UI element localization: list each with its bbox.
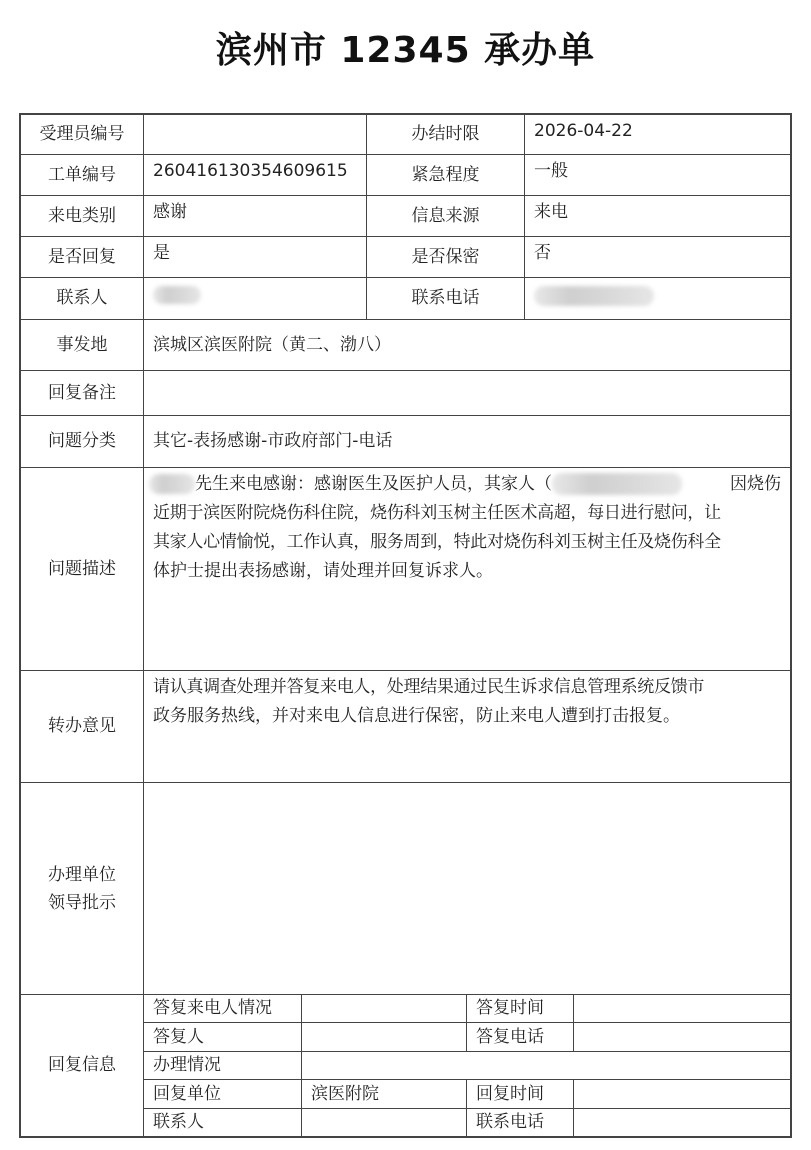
description-line3: 其家人心情愉悦，工作认真，服务周到，特此对烧伤科刘玉树主任及烧伤科全 [153, 528, 781, 557]
leader-instruction-value [144, 783, 790, 995]
reply-time-label: 答复时间 [467, 995, 574, 1023]
leader-instruction-label: 办理单位 领导批示 [21, 783, 144, 995]
deadline-value: 2026-04-22 [525, 115, 790, 155]
info-source-label: 信息来源 [367, 196, 525, 237]
reply-time-value [574, 995, 790, 1023]
reply-caller-status-value [302, 995, 467, 1023]
location-label: 事发地 [21, 320, 144, 371]
description-line1-end: 因烧伤 [730, 470, 781, 499]
ticket-no-label: 工单编号 [21, 155, 144, 196]
reply-note-label: 回复备注 [21, 371, 144, 416]
transfer-opinion-line1: 请认真调查处理并答复来电人，处理结果通过民生诉求信息管理系统反馈市 [153, 673, 781, 702]
reply-note-value [144, 371, 790, 416]
info-source-value: 来电 [525, 196, 790, 237]
redacted-family-name [552, 473, 682, 495]
confidential-label: 是否保密 [367, 237, 525, 278]
operator-id-value [144, 115, 367, 155]
transfer-opinion-line2: 政务服务热线，并对来电人信息进行保密，防止来电人遭到打击报复。 [153, 702, 781, 731]
confidential-value: 否 [525, 237, 790, 278]
contact-phone-value [525, 278, 790, 320]
description-label: 问题描述 [21, 468, 144, 671]
redacted-caller-name [149, 474, 195, 494]
reply-time2-value [574, 1080, 790, 1109]
work-order-form: 受理员编号 办结时限 2026-04-22 工单编号 2604161303546… [19, 113, 792, 1138]
page-title: 滨州市 12345 承办单 [0, 22, 811, 73]
description-line2: 近期于滨医附院烧伤科住院，烧伤科刘玉树主任医术高超，每日进行慰问，让 [153, 499, 781, 528]
call-type-value: 感谢 [144, 196, 367, 237]
redacted-contact-name [153, 286, 201, 304]
reply-phone-label: 答复电话 [467, 1023, 574, 1052]
contact-phone-label: 联系电话 [367, 278, 525, 320]
reply-unit-label: 回复单位 [144, 1080, 302, 1109]
reply-caller-status-label: 答复来电人情况 [144, 995, 302, 1023]
reply-phone-value [574, 1023, 790, 1052]
call-type-label: 来电类别 [21, 196, 144, 237]
reply-time2-label: 回复时间 [467, 1080, 574, 1109]
category-value: 其它-表扬感谢-市政府部门-电话 [144, 416, 790, 468]
handling-status-label: 办理情况 [144, 1052, 302, 1080]
transfer-opinion-label: 转办意见 [21, 671, 144, 783]
contact-person-label: 联系人 [144, 1109, 302, 1136]
need-reply-value: 是 [144, 237, 367, 278]
contact-phone2-value [574, 1109, 790, 1136]
reply-unit-value: 滨医附院 [302, 1080, 467, 1109]
replier-value [302, 1023, 467, 1052]
reply-info-label: 回复信息 [21, 995, 144, 1136]
need-reply-label: 是否回复 [21, 237, 144, 278]
description-line1: 先生来电感谢：感谢医生及医护人员，其家人（ [195, 474, 552, 494]
leader-instruction-label-line1: 办理单位 [48, 861, 116, 889]
contact-label: 联系人 [21, 278, 144, 320]
location-value: 滨城区滨医附院（黄二、渤八） [144, 320, 790, 371]
contact-phone2-label: 联系电话 [467, 1109, 574, 1136]
category-label: 问题分类 [21, 416, 144, 468]
contact-value [144, 278, 367, 320]
urgency-label: 紧急程度 [367, 155, 525, 196]
deadline-label: 办结时限 [367, 115, 525, 155]
urgency-value: 一般 [525, 155, 790, 196]
leader-instruction-label-line2: 领导批示 [48, 889, 116, 917]
handling-status-value [302, 1052, 790, 1080]
contact-person-value [302, 1109, 467, 1136]
ticket-no-value: 260416130354609615 [144, 155, 367, 196]
transfer-opinion-value: 请认真调查处理并答复来电人，处理结果通过民生诉求信息管理系统反馈市 政务服务热线… [144, 671, 790, 783]
replier-label: 答复人 [144, 1023, 302, 1052]
description-value: 先生来电感谢：感谢医生及医护人员，其家人（ 因烧伤 近期于滨医附院烧伤科住院，烧… [144, 468, 790, 671]
operator-id-label: 受理员编号 [21, 115, 144, 155]
description-line4: 体护士提出表扬感谢，请处理并回复诉求人。 [153, 557, 781, 586]
redacted-contact-phone [534, 286, 654, 306]
